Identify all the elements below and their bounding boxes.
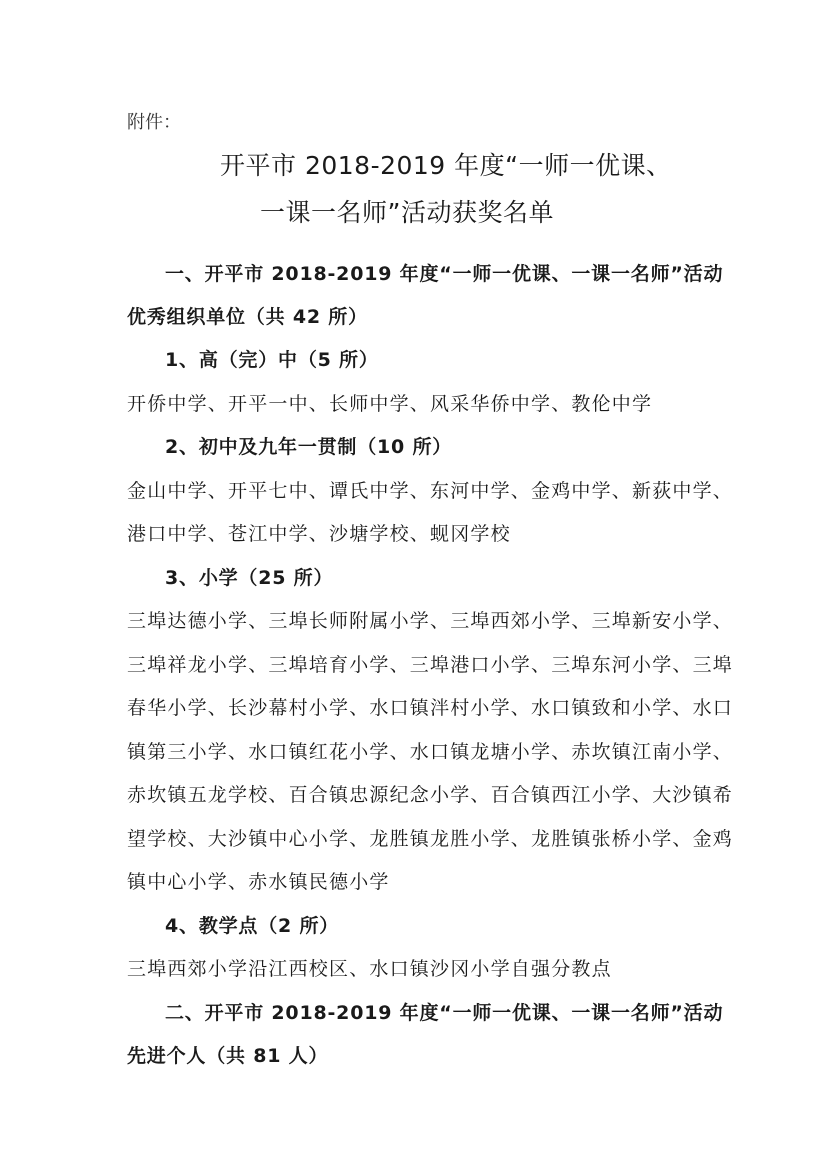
subsection-2-list-line: 港口中学、苍江中学、沙塘学校、蚬冈学校 xyxy=(127,525,511,544)
section-2-heading-line-2: 先进个人（共 81 人） xyxy=(127,1047,328,1066)
subsection-2-list-line: 金山中学、开平七中、谭氏中学、东河中学、金鸡中学、新荻中学、 xyxy=(127,482,733,501)
section-2-heading-line-1: 二、开平市 2018-2019 年度“一师一优课、一课一名师”活动 xyxy=(165,1004,723,1023)
subsection-3-list-line: 春华小学、长沙幕村小学、水口镇泮村小学、水口镇致和小学、水口 xyxy=(127,699,733,718)
subsection-1-heading: 1、高（完）中（5 所） xyxy=(165,351,379,370)
title-line-1: 开平市 2018-2019 年度“一师一优课、 xyxy=(220,153,672,178)
attachment-label: 附件： xyxy=(127,114,181,132)
title-line-2: 一课一名师”活动获奖名单 xyxy=(260,200,554,225)
section-1-heading-line-2: 优秀组织单位（共 42 所） xyxy=(127,308,368,327)
section-1-heading-line-1: 一、开平市 2018-2019 年度“一师一优课、一课一名师”活动 xyxy=(165,265,723,284)
subsection-3-heading: 3、小学（25 所） xyxy=(165,569,333,588)
subsection-3-list-line: 三埠达德小学、三埠长师附属小学、三埠西郊小学、三埠新安小学、 xyxy=(127,612,733,631)
subsection-3-list-line: 镇中心小学、赤水镇民德小学 xyxy=(127,873,390,892)
subsection-3-list-line: 镇第三小学、水口镇红花小学、水口镇龙塘小学、赤坎镇江南小学、 xyxy=(127,743,733,762)
subsection-3-list-line: 望学校、大沙镇中心小学、龙胜镇龙胜小学、龙胜镇张桥小学、金鸡 xyxy=(127,830,733,849)
subsection-4-heading: 4、教学点（2 所） xyxy=(165,917,339,936)
subsection-2-heading: 2、初中及九年一贯制（10 所） xyxy=(165,438,452,457)
subsection-1-list: 开侨中学、开平一中、长师中学、风采华侨中学、教伦中学 xyxy=(127,395,652,414)
subsection-3-list-line: 赤坎镇五龙学校、百合镇忠源纪念小学、百合镇西江小学、大沙镇希 xyxy=(127,786,733,805)
subsection-4-list: 三埠西郊小学沿江西校区、水口镇沙冈小学自强分教点 xyxy=(127,960,612,979)
subsection-3-list-line: 三埠祥龙小学、三埠培育小学、三埠港口小学、三埠东河小学、三埠 xyxy=(127,656,733,675)
